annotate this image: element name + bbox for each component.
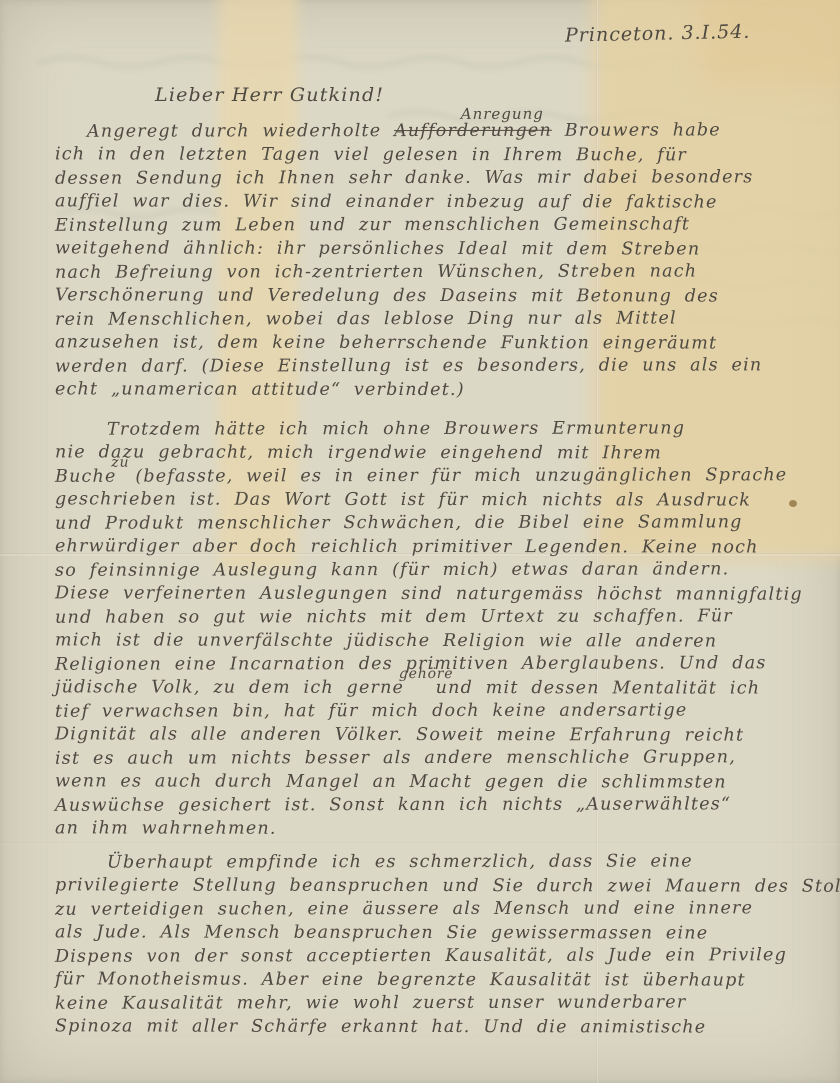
letter-page: Princeton. 3.I.54. Lieber Herr Gutkind! … (0, 0, 840, 1083)
handwritten-line: Spinoza mit aller Schärfe erkannt hat. U… (55, 1015, 800, 1040)
handwritten-line: ich in den letzten Tagen viel gelesen in… (55, 143, 800, 168)
letter-body: Angeregt durch wiederholte Aufforderunge… (55, 120, 800, 1039)
handwritten-line: ehrwürdiger aber doch reichlich primitiv… (55, 535, 800, 560)
handwritten-line: privilegierte Stellung beanspruchen und … (55, 874, 800, 899)
handwritten-line: weitgehend ähnlich: ihr persönliches Ide… (55, 237, 800, 262)
handwritten-line: so feinsinnige Auslegung kann (für mich)… (55, 558, 800, 583)
handwritten-line: tief verwachsen bin, hat für mich doch k… (55, 699, 800, 724)
handwritten-line: Einstellung zum Leben und zur menschlich… (55, 213, 800, 238)
handwritten-line: echt „unamerican attitude“ verbindet.) (55, 378, 800, 403)
letter-content: Lieber Herr Gutkind! Angeregt durch wied… (55, 84, 800, 1039)
handwritten-line: jüdische Volk, zu dem ich gerne gehöre u… (55, 676, 800, 701)
handwritten-line: als Jude. Als Mensch beanspruchen Sie ge… (55, 921, 800, 946)
handwritten-line: Auswüchse gesichert ist. Sonst kann ich … (55, 793, 800, 818)
paragraph: Trotzdem hätte ich mich ohne Brouwers Er… (55, 418, 800, 841)
handwritten-line: Buche zu(befasste, weil es in einer für … (55, 464, 800, 489)
inserted-word: Anregung (429, 103, 544, 127)
handwritten-line: ist es auch um nichts besser als andere … (55, 746, 800, 771)
handwritten-line: für Monotheismus. Aber eine begrenzte Ka… (55, 968, 800, 993)
handwritten-line: dessen Sendung ich Ihnen sehr danke. Was… (55, 166, 800, 191)
handwritten-line: wenn es auch durch Mangel an Macht gegen… (55, 770, 800, 795)
handwritten-line: und Produkt menschlicher Schwächen, die … (55, 511, 800, 536)
handwritten-line: nach Befreiung von ich-zentrierten Wünsc… (55, 260, 800, 285)
handwritten-line: anzusehen ist, dem keine beherrschende F… (55, 331, 800, 356)
handwritten-line: werden darf. (Diese Einstellung ist es b… (55, 354, 800, 379)
handwritten-line: zu verteidigen suchen, eine äussere als … (55, 897, 800, 922)
paper-stain-top-right (700, 0, 840, 90)
handwritten-line: Angeregt durch wiederholte Aufforderunge… (55, 119, 800, 144)
paragraph: Überhaupt empfinde ich es schmerzlich, d… (55, 851, 800, 1039)
handwritten-line: Dispens von der sonst acceptierten Kausa… (55, 944, 800, 969)
letter-date: Princeton. 3.I.54. (565, 19, 815, 46)
handwritten-line: Verschönerung und Veredelung des Daseins… (55, 284, 800, 309)
handwritten-line: keine Kausalität mehr, wie wohl zuerst u… (55, 991, 800, 1016)
handwritten-line: geschrieben ist. Das Wort Gott ist für m… (55, 488, 800, 513)
paragraph: Angeregt durch wiederholte Aufforderunge… (55, 120, 800, 402)
handwritten-line: Überhaupt empfinde ich es schmerzlich, d… (55, 850, 800, 875)
handwritten-line: auffiel war dies. Wir sind einander inbe… (55, 190, 800, 215)
handwritten-line: Diese verfeinerten Auslegungen sind natu… (55, 582, 800, 607)
handwritten-line: Dignität als alle anderen Völker. Soweit… (55, 723, 800, 748)
struck-word: AufforderungenAnregung (394, 121, 552, 141)
handwritten-line: mich ist die unverfälschte jüdische Reli… (55, 629, 800, 654)
handwritten-line: und haben so gut wie nichts mit dem Urte… (55, 605, 800, 630)
handwritten-line: rein Menschlichen, wobei das leblose Din… (55, 307, 800, 332)
handwritten-line: nie dazu gebracht, mich irgendwie eingeh… (55, 441, 800, 466)
handwritten-line: Trotzdem hätte ich mich ohne Brouwers Er… (55, 417, 800, 442)
handwritten-line: an ihm wahrnehmen. (55, 817, 800, 842)
